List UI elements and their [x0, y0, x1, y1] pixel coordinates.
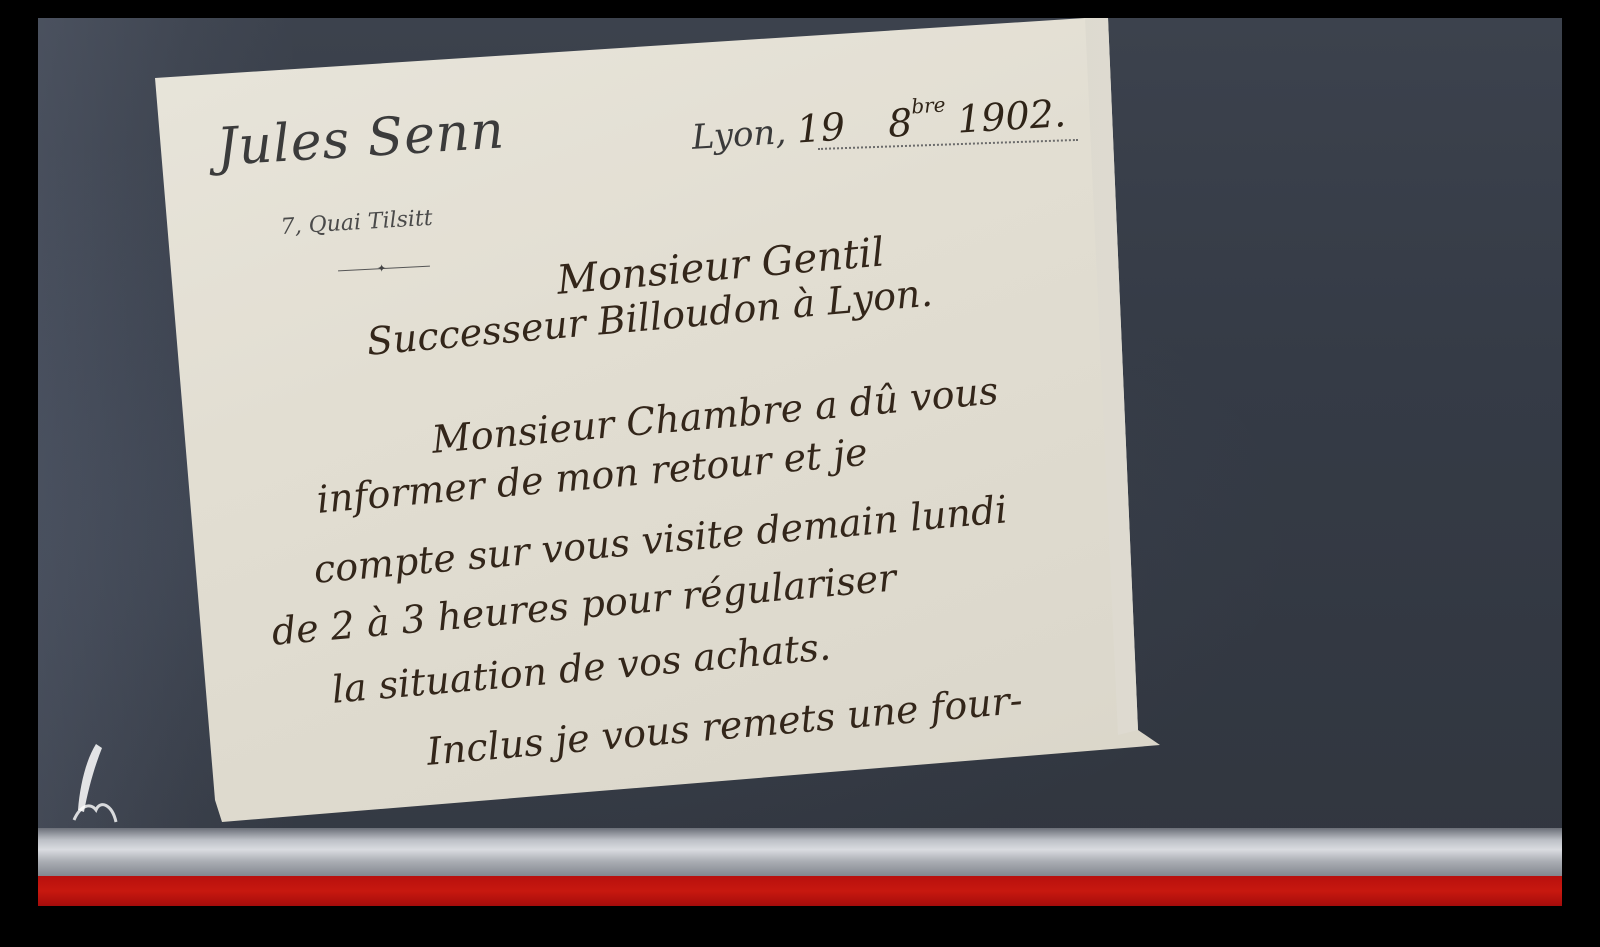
- frame-bottom: [0, 906, 1600, 947]
- dateline-year: 1902.: [956, 91, 1067, 142]
- ornament-icon: ✦: [377, 262, 386, 275]
- dateline-day: 19: [795, 105, 846, 152]
- album-red-binding-strip: [38, 876, 1562, 906]
- photograph: Jules Senn 7, Quai Tilsitt ✦ Lyon, 19 8b…: [0, 0, 1600, 947]
- sleeve-bottom-lip: [38, 828, 1562, 876]
- letter-content: Jules Senn 7, Quai Tilsitt ✦ Lyon, 19 8b…: [0, 0, 1600, 947]
- sleeve-reflection: [68, 740, 128, 830]
- dateline-month-superscript: bre: [911, 92, 947, 118]
- dateline-place: Lyon,: [691, 112, 788, 158]
- dateline-month: 8: [887, 100, 914, 145]
- letterhead-address: 7, Quai Tilsitt: [280, 206, 433, 240]
- letterhead-name: Jules Senn: [215, 100, 506, 177]
